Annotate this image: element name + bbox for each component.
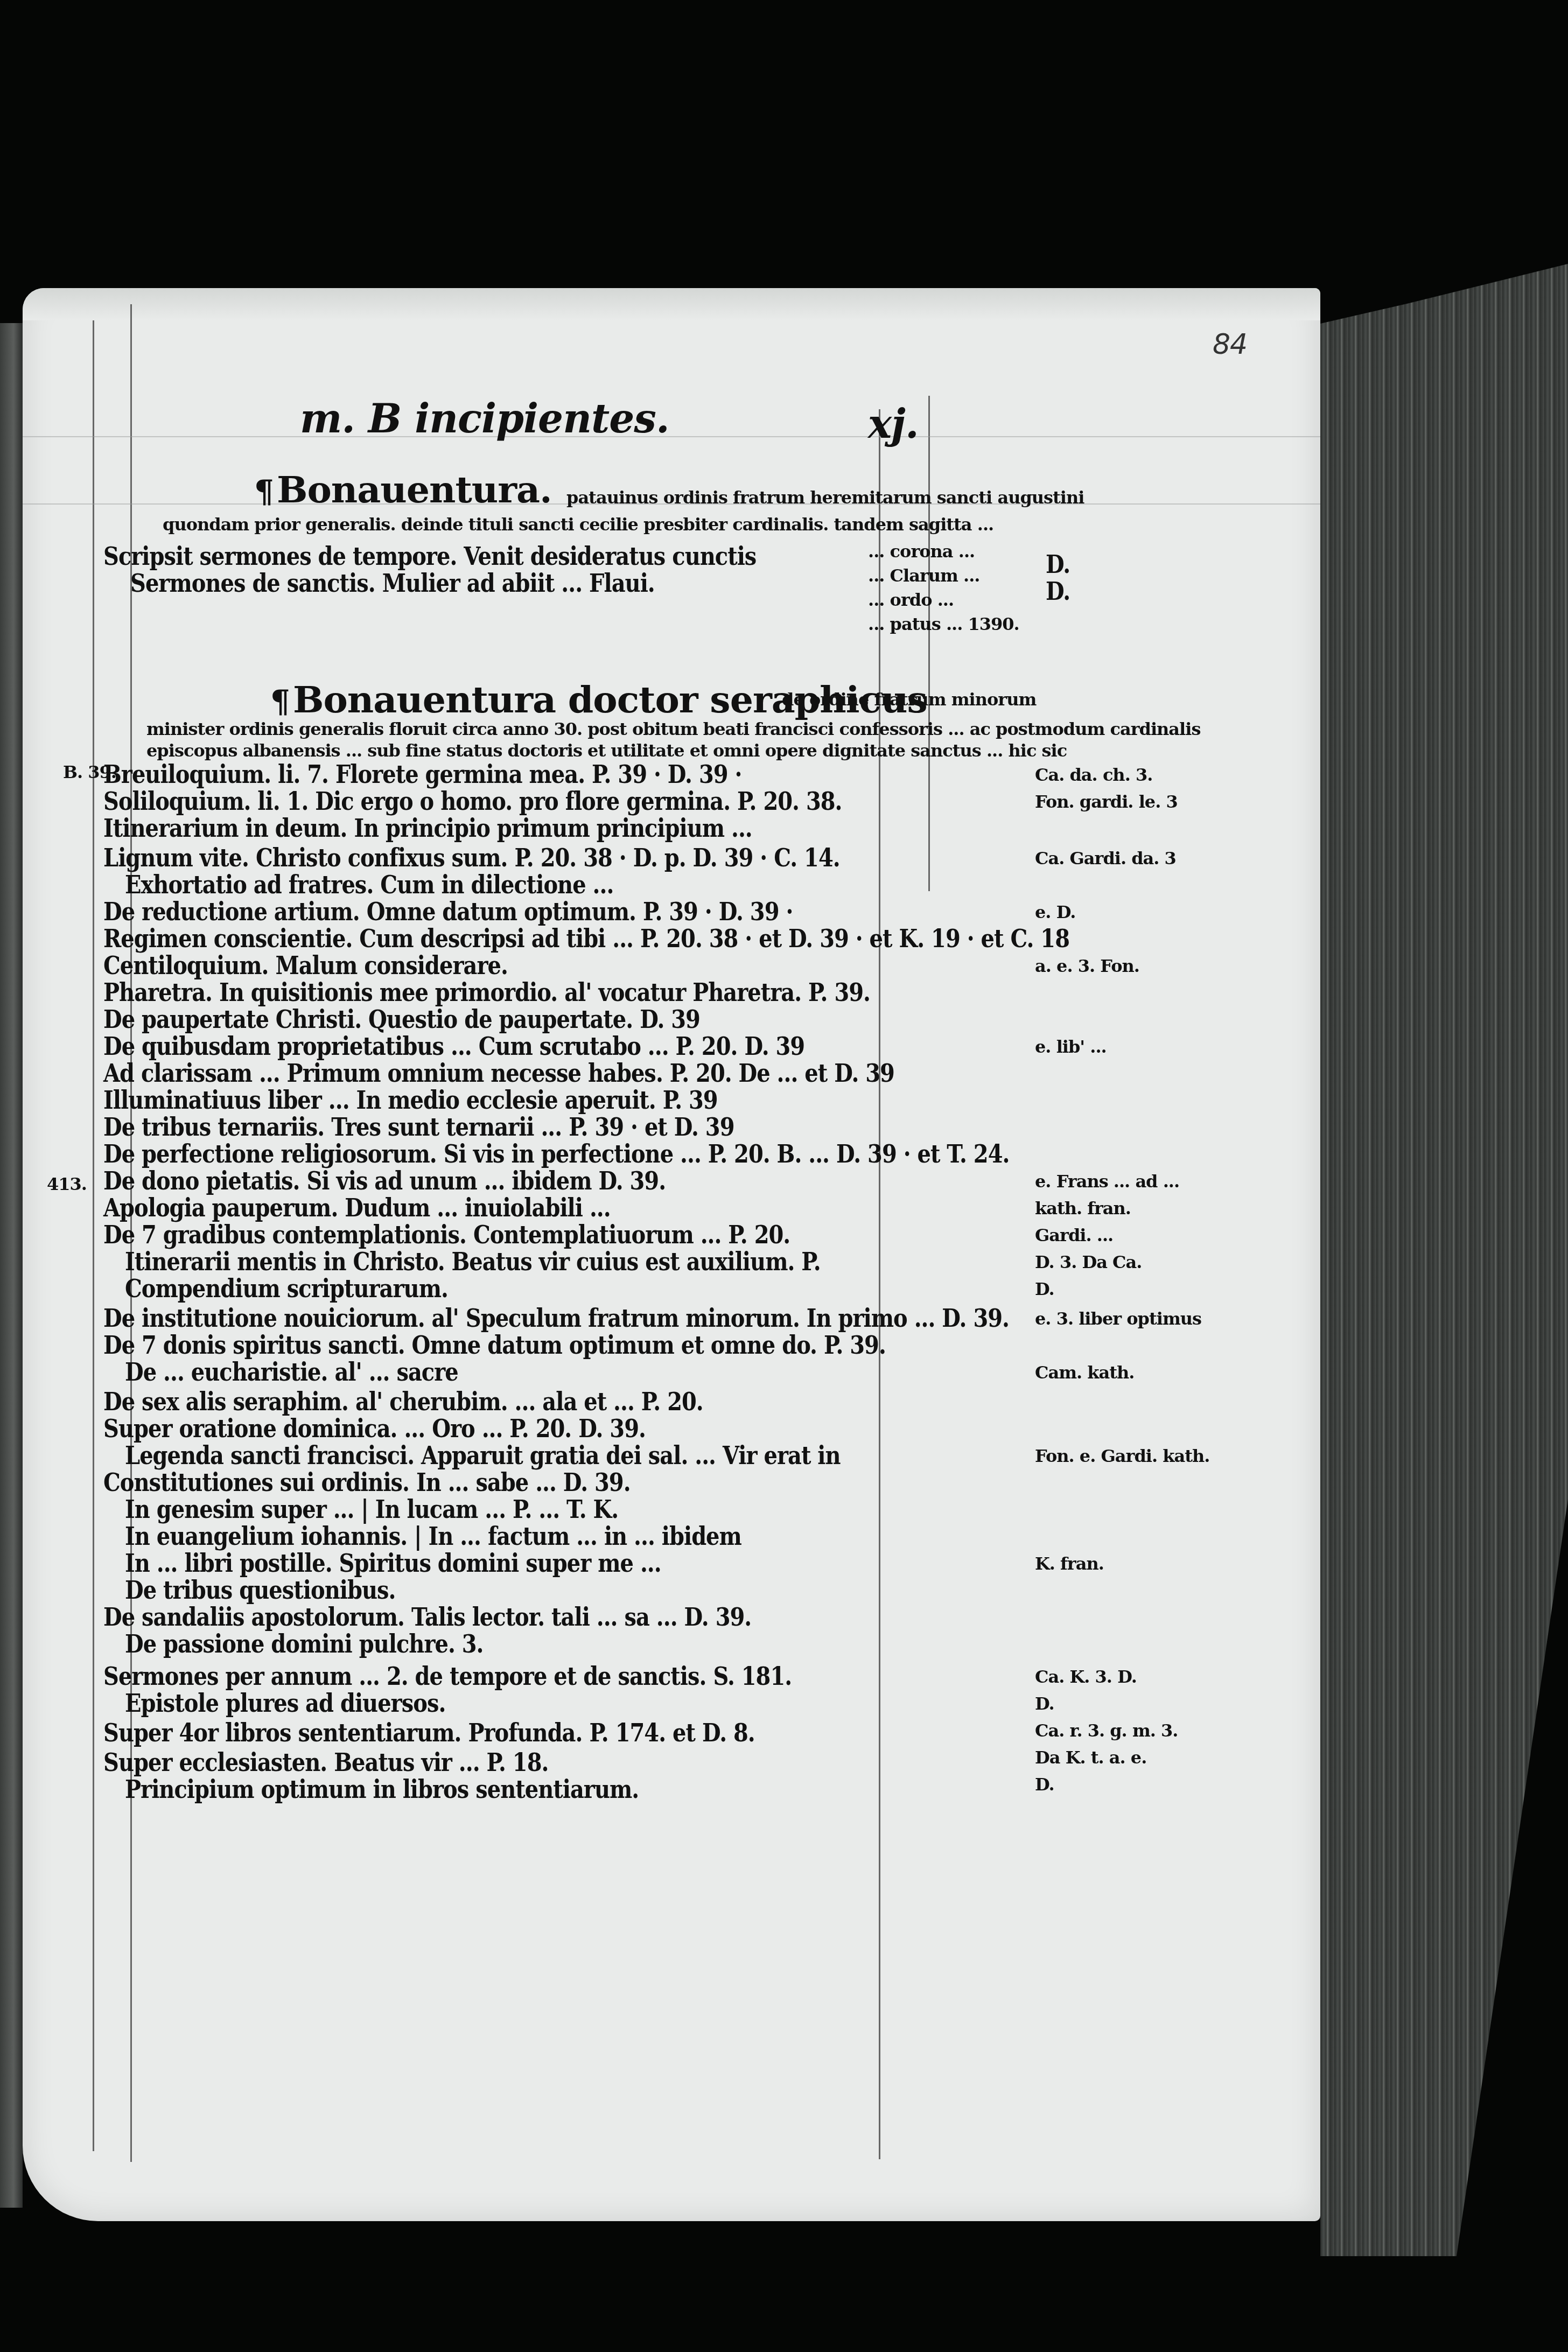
- entry-line: De perfectione religiosorum. Si vis in p…: [103, 1139, 1009, 1168]
- section-1-heading-note: patauinus ordinis fratrum heremitarum sa…: [566, 487, 1084, 508]
- entry-mark: D. 3. Da Ca.: [1035, 1252, 1142, 1272]
- entry-mark: D.: [1035, 1279, 1054, 1299]
- entry-line: De reductione artium. Omne datum optimum…: [103, 897, 793, 926]
- entry-line: Legenda sancti francisci. Apparuit grati…: [125, 1441, 841, 1470]
- entry-line: Lignum vite. Christo confixus sum. P. 20…: [103, 843, 840, 872]
- gutter-shadow: [0, 323, 23, 2208]
- entry-line: Regimen conscientie. Cum descripsi ad ti…: [103, 924, 1069, 953]
- entry-line: Illuminatiuus liber ... In medio ecclesi…: [103, 1086, 718, 1115]
- right-note: ... patus ... 1390.: [868, 614, 1019, 634]
- page-top-edge: [23, 288, 1320, 320]
- entry-mark: Ca. Gardi. da. 3: [1035, 848, 1176, 869]
- entry-mark: Cam. kath.: [1035, 1362, 1134, 1383]
- section-1-mark: D.: [1046, 577, 1070, 606]
- entry-line: De tribus ternariis. Tres sunt ternarii …: [103, 1112, 734, 1142]
- entry-line: Epistole plures ad diuersos.: [125, 1689, 445, 1718]
- entry-line: De sandaliis apostolorum. Talis lector. …: [103, 1602, 751, 1632]
- entry-mark: D.: [1035, 1693, 1054, 1714]
- entry-line: Apologia pauperum. Dudum ... inuiolabili…: [103, 1193, 611, 1222]
- entry-line: Super 4or libros sententiarum. Profunda.…: [103, 1718, 755, 1747]
- entry-line: De paupertate Christi. Questio de pauper…: [103, 1005, 700, 1034]
- entry-mark: Ca. K. 3. D.: [1035, 1667, 1137, 1687]
- entry-line: De tribus questionibus.: [125, 1576, 395, 1605]
- book-fore-edge: [1320, 264, 1568, 2256]
- entry-line: De sex alis seraphim. al' cherubim. ... …: [103, 1387, 703, 1416]
- entry-mark: D.: [1035, 1774, 1054, 1795]
- entry-line: Sermones per annum ... 2. de tempore et …: [103, 1662, 792, 1691]
- entry-mark: e. lib' ...: [1035, 1037, 1107, 1057]
- entry-line: Principium optimum in libros sententiaru…: [125, 1775, 639, 1804]
- entry-mark: Ca. da. ch. 3.: [1035, 765, 1152, 785]
- entry-line: In genesim super ... | In lucam ... P. .…: [125, 1495, 618, 1524]
- section-1-line: Sermones de sanctis. Mulier ad abiit ...…: [130, 569, 655, 598]
- entry-line: Super ecclesiasten. Beatus vir ... P. 18…: [103, 1748, 548, 1777]
- entry-mark: Fon. gardi. le. 3: [1035, 792, 1178, 812]
- column-ruling-1: [879, 409, 880, 2159]
- section-1-line: Scripsit sermones de tempore. Venit desi…: [103, 542, 756, 571]
- column-ruling-2: [928, 396, 930, 891]
- entry-line: De passione domini pulchre. 3.: [125, 1629, 484, 1658]
- entry-line: Soliloquium. li. 1. Dic ergo o homo. pro…: [103, 787, 842, 816]
- entry-line: Itinerarii mentis in Christo. Beatus vir…: [125, 1247, 821, 1276]
- entry-mark: Gardi. ...: [1035, 1225, 1113, 1245]
- section-1-heading: ¶Bonauentura.: [254, 468, 552, 512]
- section-2-intro: minister ordinis generalis floruit circa…: [146, 719, 1200, 739]
- horizontal-ruling-top: [23, 436, 1320, 437]
- entry-mark: a. e. 3. Fon.: [1035, 956, 1139, 976]
- entry-mark: e. 3. liber optimus: [1035, 1308, 1201, 1329]
- entry-line: De quibusdam proprietatibus ... Cum scru…: [103, 1032, 804, 1061]
- right-note: ... Clarum ...: [868, 565, 979, 586]
- pilcrow-icon: ¶: [270, 683, 290, 720]
- section-1-heading-note-2: quondam prior generalis. deinde tituli s…: [163, 514, 993, 535]
- section-2-intro: episcopus albanensis ... sub fine status…: [146, 740, 1067, 761]
- entry-line: Compendium scripturarum.: [125, 1274, 448, 1303]
- running-title: m. B incipientes.: [300, 396, 669, 442]
- entry-line: De dono pietatis. Si vis ad unum ... ibi…: [103, 1166, 666, 1195]
- entry-mark: Fon. e. Gardi. kath.: [1035, 1446, 1209, 1466]
- entry-line: De ... eucharistie. al' ... sacre: [125, 1357, 458, 1387]
- entry-line: Constitutiones sui ordinis. In ... sabe …: [103, 1468, 631, 1497]
- entry-mark: Ca. r. 3. g. m. 3.: [1035, 1720, 1178, 1741]
- margin-note: 413.: [47, 1174, 87, 1194]
- entry-line: Centiloquium. Malum considerare.: [103, 951, 508, 980]
- entry-line: De 7 gradibus contemplationis. Contempla…: [103, 1220, 790, 1249]
- entry-line: Pharetra. In quisitionis mee primordio. …: [103, 978, 870, 1007]
- right-note: ... corona ...: [868, 541, 975, 562]
- manuscript-page: 84 m. B incipientes. xj. ¶Bonauentura. p…: [23, 288, 1320, 2221]
- entry-line: Itinerarium in deum. In principio primum…: [103, 814, 752, 843]
- entry-line: Breuiloquium. li. 7. Florete germina mea…: [103, 760, 741, 789]
- entry-mark: kath. fran.: [1035, 1198, 1131, 1219]
- entry-mark: e. Frans ... ad ...: [1035, 1171, 1179, 1192]
- entry-mark: Da K. t. a. e.: [1035, 1747, 1146, 1768]
- entry-line: De 7 donis spiritus sancti. Omne datum o…: [103, 1331, 886, 1360]
- entry-line: Super oratione dominica. ... Oro ... P. …: [103, 1414, 646, 1443]
- entry-line: In euangelium iohannis. | In ... factum …: [125, 1522, 741, 1551]
- entry-line: Ad clarissam ... Primum omnium necesse h…: [103, 1059, 894, 1088]
- entry-mark: e. D.: [1035, 902, 1075, 922]
- entry-line: De institutione nouiciorum. al' Speculum…: [103, 1304, 1009, 1333]
- section-1-mark: D.: [1046, 550, 1070, 579]
- entry-line: In ... libri postille. Spiritus domini s…: [125, 1549, 661, 1578]
- entry-mark: K. fran.: [1035, 1553, 1104, 1574]
- folio-number: 84: [1213, 328, 1247, 361]
- margin-ruling-left-outer: [93, 320, 94, 2151]
- entry-line: Exhortatio ad fratres. Cum in dilectione…: [125, 870, 613, 899]
- section-number: xj.: [868, 401, 919, 447]
- pilcrow-icon: ¶: [254, 473, 274, 510]
- section-2-heading-tail: de ordine fratrum minorum: [782, 689, 1036, 710]
- right-note: ... ordo ...: [868, 590, 954, 610]
